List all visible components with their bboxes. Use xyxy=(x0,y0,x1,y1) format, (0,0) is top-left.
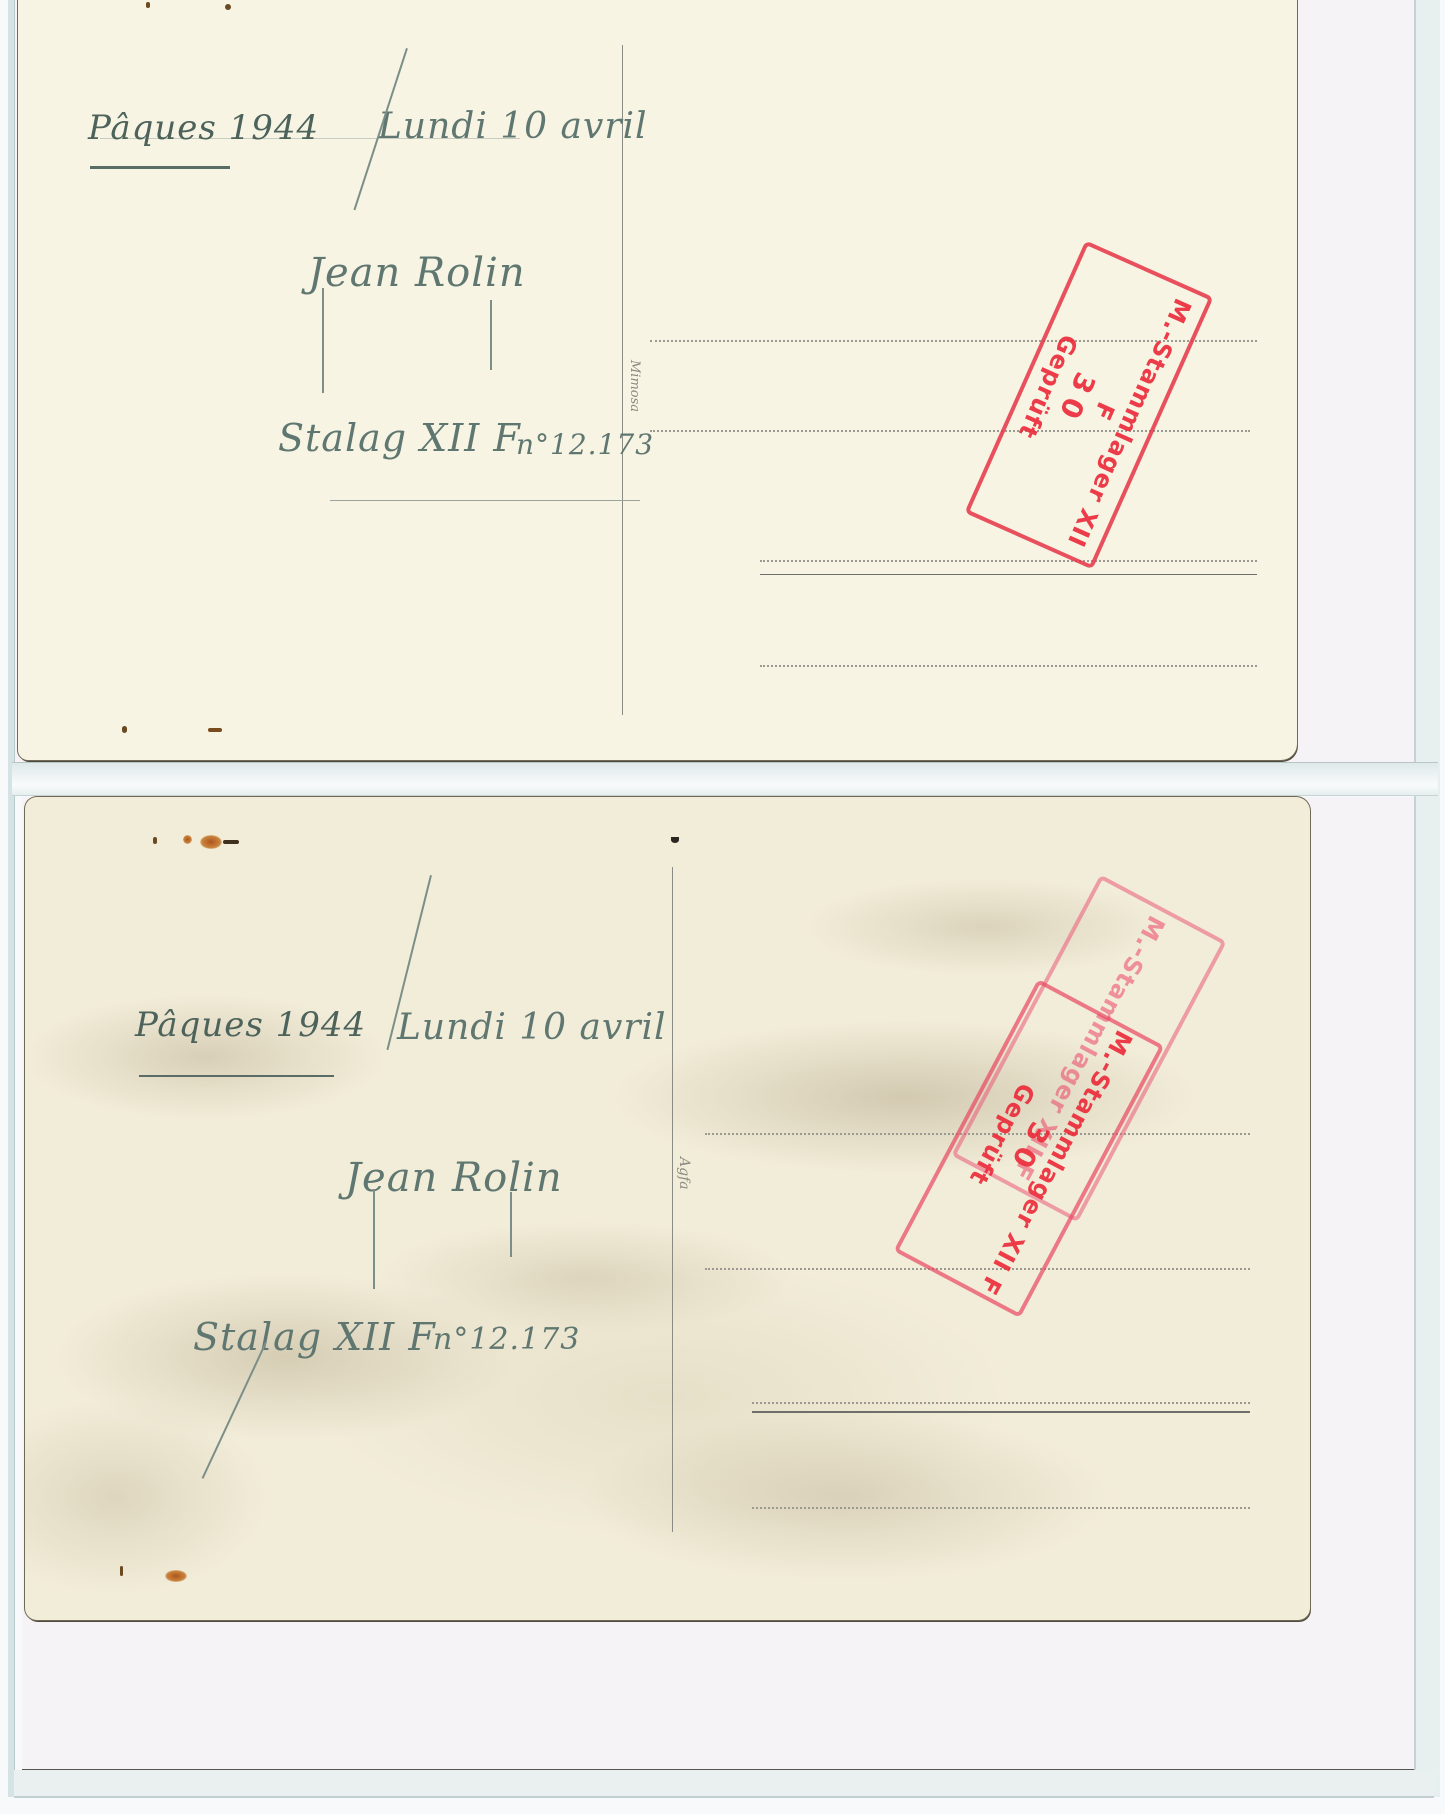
sleeve-edge-left xyxy=(8,0,15,1797)
address-line-3-rule xyxy=(760,574,1257,575)
holiday-underline xyxy=(139,1075,334,1077)
postcard-bottom: Agfa Pâques 1944 Lundi 10 avril Jean Rol… xyxy=(25,797,1310,1620)
sleeve-divider xyxy=(12,762,1438,796)
printer-mark: Mimosa xyxy=(627,360,642,412)
staple-hole xyxy=(208,728,222,732)
rust-stain xyxy=(165,1570,187,1582)
address-line-3-rule xyxy=(752,1411,1250,1413)
address-line-4 xyxy=(752,1507,1250,1509)
name-text: Jean Rolin xyxy=(308,250,526,296)
staple-hole xyxy=(225,4,231,10)
address-line-4 xyxy=(760,665,1257,667)
staple-hole xyxy=(122,726,127,733)
staple-hole xyxy=(146,2,150,8)
censor-stamp: M.-Stammlager XII F 30 Geprüft xyxy=(964,240,1213,569)
prisoner-number: n°12.173 xyxy=(433,1322,580,1357)
printer-mark: Agfa xyxy=(676,1157,692,1190)
pen-flourish xyxy=(490,300,492,370)
camp-text: Stalag XII F xyxy=(193,1315,436,1359)
postcard-top: Mimosa Pâques 1944 Lundi 10 avril Jean R… xyxy=(18,0,1297,760)
rust-stain xyxy=(183,835,192,844)
sleeve-edge-right xyxy=(1414,0,1440,1797)
holiday-text: Pâques 1944 xyxy=(88,108,319,148)
stamp-line-2: 30 xyxy=(944,1008,1114,1288)
address-line-2 xyxy=(650,430,1250,432)
holiday-text: Pâques 1944 xyxy=(135,1005,366,1045)
staple-hole xyxy=(223,840,239,844)
pen-flourish xyxy=(373,1189,375,1289)
date-text: Lundi 10 avril xyxy=(397,1007,667,1048)
printer-notch xyxy=(671,837,679,843)
name-text: Jean Rolin xyxy=(345,1155,563,1201)
pencil-underline xyxy=(330,500,640,501)
pen-flourish xyxy=(510,1192,512,1257)
camp-text: Stalag XII F xyxy=(278,416,521,460)
rust-stain xyxy=(200,835,222,849)
holiday-underline xyxy=(90,166,230,169)
staple-hole xyxy=(153,837,157,844)
pen-flourish xyxy=(202,1342,267,1479)
address-line-3 xyxy=(752,1402,1250,1404)
address-line-3 xyxy=(760,560,1257,562)
sleeve-bottom-edge xyxy=(14,1770,1434,1798)
pen-flourish xyxy=(322,288,324,393)
staple-hole xyxy=(120,1566,123,1576)
center-divider xyxy=(672,867,673,1532)
prisoner-number: n°12.173 xyxy=(516,428,654,461)
date-text: Lundi 10 avril xyxy=(378,106,648,147)
